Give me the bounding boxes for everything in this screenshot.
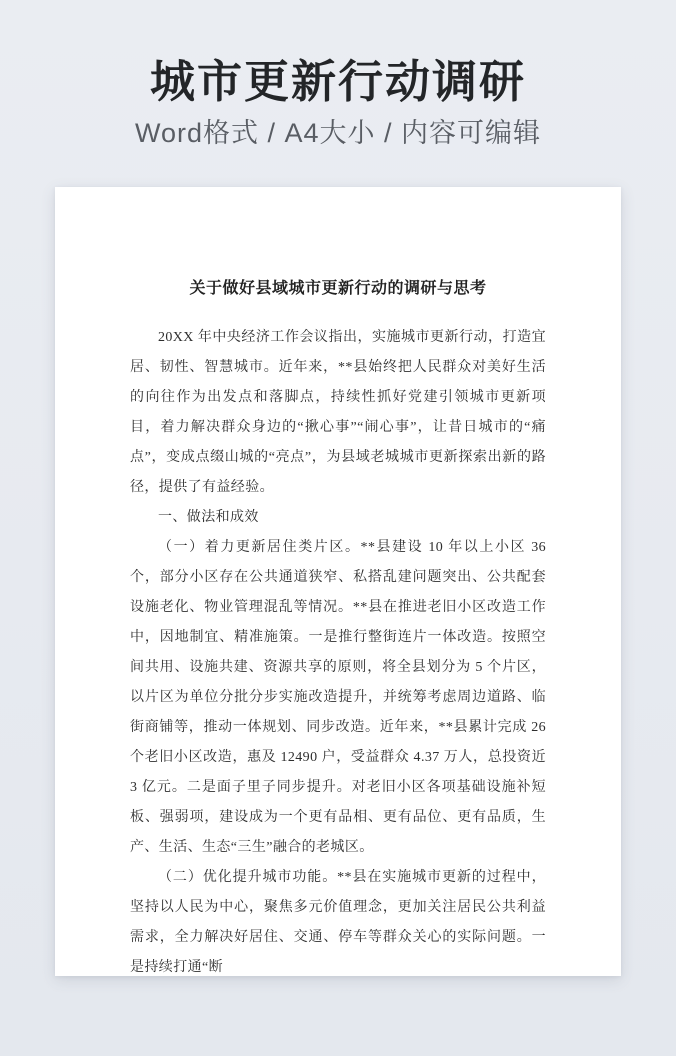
page-subtitle: Word格式 / A4大小 / 内容可编辑 bbox=[0, 117, 676, 149]
header: 城市更新行动调研 Word格式 / A4大小 / 内容可编辑 bbox=[0, 0, 676, 149]
document-page: 关于做好县域城市更新行动的调研与思考 20XX 年中央经济工作会议指出，实施城市… bbox=[55, 187, 621, 976]
document-body: 20XX 年中央经济工作会议指出，实施城市更新行动，打造宜居、韧性、智慧城市。近… bbox=[130, 323, 546, 976]
doc-paragraph: （二）优化提升城市功能。**县在实施城市更新的过程中，坚持以人民为中心，聚焦多元… bbox=[130, 863, 546, 976]
doc-paragraph: 20XX 年中央经济工作会议指出，实施城市更新行动，打造宜居、韧性、智慧城市。近… bbox=[130, 323, 546, 503]
page-background: { "header": { "title": "城市更新行动调研", "subt… bbox=[0, 0, 676, 1056]
doc-paragraph: 一、做法和成效 bbox=[130, 503, 546, 533]
doc-paragraph: （一）着力更新居住类片区。**县建设 10 年以上小区 36 个，部分小区存在公… bbox=[130, 533, 546, 863]
document-title: 关于做好县域城市更新行动的调研与思考 bbox=[130, 274, 546, 304]
page-title: 城市更新行动调研 bbox=[0, 56, 676, 108]
